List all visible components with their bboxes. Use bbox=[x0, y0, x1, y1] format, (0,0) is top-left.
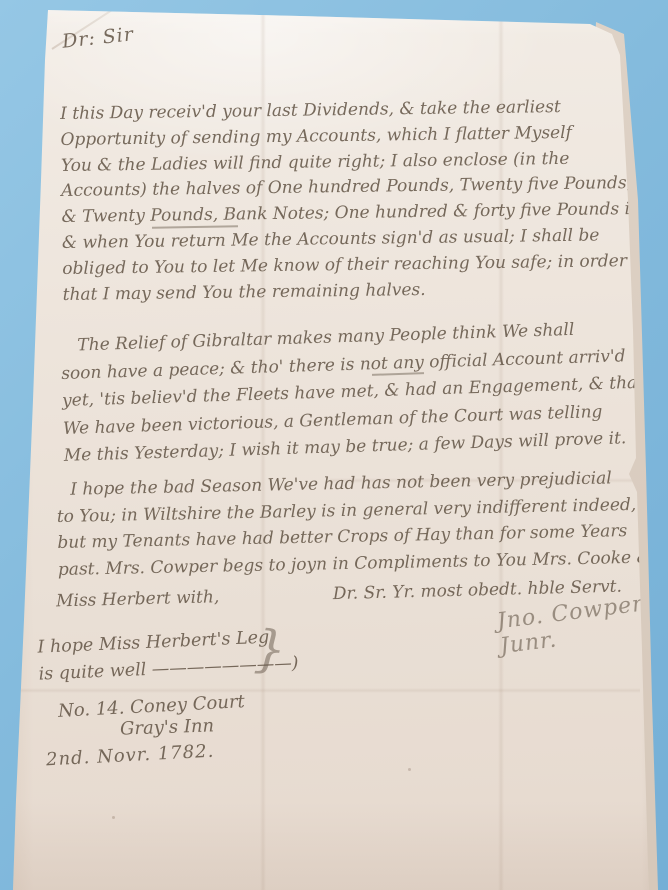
closing-left: Miss Herbert with, bbox=[56, 587, 220, 611]
paper-stain bbox=[112, 816, 115, 819]
address-line-2: Gray's Inn bbox=[120, 715, 215, 739]
photo-backdrop: { "photo": { "backdrop_color": "#84bbdd"… bbox=[0, 0, 668, 890]
paper-stain bbox=[408, 768, 411, 771]
letter-paragraph-1: I this Day receiv'd your last Dividends,… bbox=[60, 93, 668, 308]
fold-crease-horizontal-low bbox=[20, 688, 640, 693]
letter-paper: Dr: Sir I this Day receiv'd your last Di… bbox=[0, 0, 668, 890]
letter-paragraph-2: The Relief of Gibraltar makes many Peopl… bbox=[60, 315, 646, 471]
letter-date: 2nd. Novr. 1782. bbox=[46, 741, 215, 771]
salutation: Dr: Sir bbox=[61, 23, 135, 52]
postscript-brace-mark: } bbox=[253, 619, 288, 679]
letter-paragraph-3: I hope the bad Season We've had has not … bbox=[56, 465, 652, 583]
